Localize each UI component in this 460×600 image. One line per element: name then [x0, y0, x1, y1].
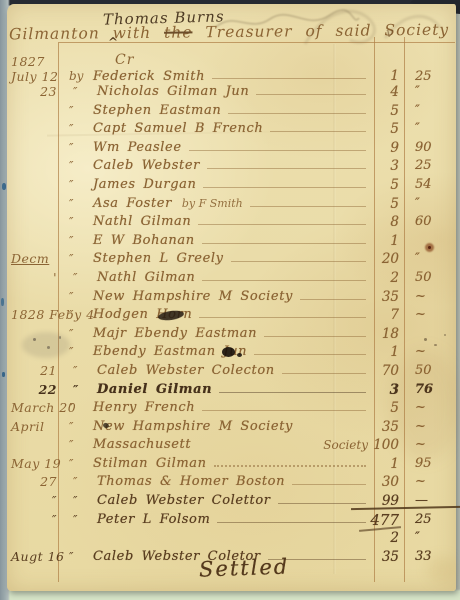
entry-name-cell: Caleb Webster Colecton: [97, 363, 374, 379]
entry-date: 1827 July 12: [7, 54, 61, 84]
ledger-row: ″Nathl Gilman860: [7, 214, 456, 233]
entry-name: Henry French: [93, 400, 195, 416]
ink-speck: [59, 336, 61, 339]
ink-speck: [434, 344, 437, 346]
entry-date: Augt 16: [7, 549, 61, 565]
entry-ditto-mark: ″: [65, 270, 97, 286]
entry-name: New Hampshire M Society: [93, 289, 293, 305]
ledger-row: ″James Durgan554: [7, 177, 456, 196]
entry-ditto-mark: ″: [61, 177, 93, 193]
entry-name-cell: Nathl Gilman: [93, 214, 374, 230]
amount-cents: 90: [404, 140, 456, 156]
amount-dollars: 2: [374, 270, 404, 286]
entry-name-cell: Nathl Gilman: [97, 270, 374, 286]
ledger-row: April″New Hampshire M Society35~: [7, 419, 456, 438]
entry-name-cell: Majr Ebendy Eastman: [93, 326, 374, 342]
ledger-row: 27″Thomas & Homer Boston30~: [7, 474, 456, 493]
entry-name: Federick Smith: [93, 69, 205, 84]
entry-name-cell: Stephen L Greely: [93, 251, 374, 267]
entry-ditto-mark: ″: [61, 103, 93, 119]
entry-dash-line: [203, 187, 366, 188]
ledger-row: 21″Caleb Webster Colecton7050: [7, 363, 456, 382]
entry-name-cell: Asa Fosterby F Smith: [93, 196, 374, 212]
entry-date: 23: [7, 84, 65, 100]
amount-cents: 25: [404, 512, 456, 528]
entry-ditto-mark: ″: [61, 456, 93, 472]
amount-cents: 50: [404, 270, 456, 286]
entry-ditto-mark: ″: [65, 382, 97, 398]
entry-date: March 20: [7, 400, 61, 416]
ledger-row: March 20″Henry French5~: [7, 400, 456, 419]
entry-ditto-mark: ″: [61, 400, 93, 416]
entry-dash-line: [254, 354, 366, 355]
ledger-row: 2″: [7, 530, 456, 549]
settled-note: Settled: [199, 554, 290, 581]
entry-name: Stephen L Greely: [93, 251, 224, 267]
entry-name: Nathl Gilman: [93, 214, 191, 230]
amount-cents: ~: [404, 474, 456, 490]
amount-cents: ″: [404, 530, 456, 546]
entry-name-cell: Federick Smith: [93, 69, 374, 84]
entry-name: Asa Foster: [93, 196, 172, 212]
entry-dash-line: [228, 113, 366, 114]
ledger-row: 22″Daniel Gilman376: [7, 382, 456, 401]
amount-dollars: 20: [374, 251, 404, 267]
entry-dash-line: [231, 261, 366, 262]
amount-cents: ″: [404, 84, 456, 100]
entry-dash-line: [189, 150, 366, 151]
entry-dash-line: [219, 392, 366, 393]
entry-dash-line: [282, 373, 366, 374]
entry-ditto-mark: ″: [61, 549, 93, 565]
entry-name-cell: Capt Samuel B French: [93, 121, 374, 137]
entry-dash-line: [217, 522, 366, 523]
entry-name: Capt Samuel B French: [93, 121, 263, 137]
entry-dash-line: [198, 224, 366, 225]
ledger-row: ″MassachusettSociety100~: [7, 437, 456, 456]
amount-dollars: 1: [374, 69, 404, 84]
ledger-row: 23″Nicholas Gilman Jun4″: [7, 84, 456, 103]
entry-dash-line: [256, 94, 366, 95]
entry-name-cell: Wm Peaslee: [93, 140, 374, 156]
entry-name-cell: Henry French: [93, 400, 374, 416]
entry-dash-line: [250, 206, 366, 207]
amount-dollars: 30: [374, 474, 404, 490]
insertion-caret: ^: [108, 35, 118, 49]
amount-dollars: 1: [374, 456, 404, 472]
entry-name: Peter L Folsom: [97, 512, 210, 528]
entry-name-cell: Stephen Eastman: [93, 103, 374, 119]
scan-fleck: [2, 372, 5, 377]
entry-name-cell: Peter L Folsom: [97, 512, 374, 528]
amount-dollars: 1: [374, 233, 404, 249]
smudge: [22, 332, 70, 358]
amount-cents: 54: [404, 177, 456, 193]
entry-ditto-mark: ″: [61, 233, 93, 249]
entry-name-cell: New Hampshire M Society: [93, 289, 374, 305]
entry-date: 27: [7, 474, 65, 490]
amount-dollars: 9: [374, 140, 404, 156]
entry-name: New Hampshire M Society: [93, 419, 293, 435]
entry-name: Caleb Webster Colettor: [97, 493, 271, 509]
entry-dash-line: [278, 503, 366, 504]
entry-ditto-mark: ″: [65, 474, 97, 490]
entry-name: Nathl Gilman: [97, 270, 195, 286]
scan-fleck: [1, 298, 4, 306]
entry-name-cell: Nicholas Gilman Jun: [97, 84, 374, 100]
stain: [427, 556, 457, 584]
check-mark: v: [386, 26, 393, 41]
ink-blot: [237, 353, 242, 357]
stain: [390, 350, 460, 460]
entry-ditto-mark: ″: [61, 437, 93, 453]
amount-cents: ~: [404, 307, 456, 323]
struck-word: the: [164, 23, 193, 41]
amount-dollars: 5: [374, 103, 404, 119]
entry-date: ″: [7, 493, 65, 509]
amount-cents: ″: [404, 121, 456, 137]
ink-speck: [33, 338, 36, 341]
amount-cents: 25: [404, 69, 456, 84]
entry-dash-line: [207, 168, 366, 169]
entry-ditto-mark: ″: [61, 251, 93, 267]
entry-name: James Durgan: [93, 177, 196, 193]
entry-dash-line: [212, 78, 366, 79]
entry-date: ': [7, 270, 65, 286]
entry-name: Stilman Gilman: [93, 456, 207, 472]
amount-dollars: 1: [374, 344, 404, 360]
entry-ditto-mark: ″: [61, 158, 93, 174]
entry-name: Massachusett: [93, 437, 191, 453]
entry-name: Daniel Gilman: [97, 382, 212, 398]
entry-name: Majr Ebendy Eastman: [93, 326, 257, 342]
entry-name: Nicholas Gilman Jun: [97, 84, 249, 100]
entry-date: April: [7, 419, 61, 435]
entry-name-cell: James Durgan: [93, 177, 374, 193]
entry-note: by F Smith: [182, 196, 243, 212]
entry-name-cell: Thomas & Homer Boston: [97, 474, 374, 490]
entry-ditto-mark: by: [61, 69, 93, 84]
entry-dotted-line: [214, 465, 366, 467]
entry-dash-line: [199, 317, 366, 318]
amount-dollars: 5: [374, 121, 404, 137]
entry-date: 1828 Feby 4: [7, 307, 61, 323]
amount-dollars: 5: [374, 177, 404, 193]
ledger-row: May 19″Stilman Gilman195: [7, 456, 456, 475]
entry-date: May 19: [7, 456, 61, 472]
amount-cents: ″: [404, 251, 456, 267]
entry-dash-line: [202, 280, 366, 281]
amount-dollars: 4: [374, 84, 404, 100]
entry-name: Stephen Eastman: [93, 103, 221, 119]
entry-name: Thomas & Homer Boston: [97, 474, 285, 490]
ledger-rows: 1827 July 12byFederick Smith12523″Nichol…: [7, 56, 456, 567]
entry-date: 22: [7, 382, 65, 398]
entry-dash-line: [300, 299, 366, 300]
header-place: Gilmanton with: [9, 24, 151, 43]
entry-dash-line: [202, 243, 366, 244]
amount-dollars: 18: [374, 326, 404, 342]
amount-cents: 60: [404, 214, 456, 230]
entry-name: E W Bohanan: [93, 233, 195, 249]
scan-fleck: [2, 183, 6, 190]
ledger-row: ″Capt Samuel B French5″: [7, 121, 456, 140]
ledger-row: '″Nathl Gilman250: [7, 270, 456, 289]
ledger-row: ″Majr Ebendy Eastman18: [7, 326, 456, 345]
entry-dash-line: [202, 410, 366, 411]
entry-name: Wm Peaslee: [93, 140, 182, 156]
entry-ditto-mark: ″: [65, 493, 97, 509]
amount-cents: ″: [404, 103, 456, 119]
amount-cents: ″: [404, 196, 456, 212]
entry-ditto-mark: ″: [61, 121, 93, 137]
header-rest: Treasurer of said Society: [205, 21, 449, 42]
amount-cents: 25: [404, 158, 456, 174]
amount-cents: ~: [404, 289, 456, 305]
ledger-row: 1827 July 12byFederick Smith125: [7, 56, 456, 84]
amount-dollars: 8: [374, 214, 404, 230]
entry-name: Caleb Webster Colecton: [97, 363, 275, 379]
entry-name: Caleb Webster: [93, 158, 200, 174]
entry-ditto-mark: ″: [65, 84, 97, 100]
ink-speck: [444, 334, 446, 336]
ledger-row: ″Stephen Eastman5″: [7, 103, 456, 122]
amount-dollars: 35: [374, 549, 404, 565]
amount-dollars: 2: [374, 530, 404, 546]
entry-ditto-mark: ″: [61, 419, 93, 435]
scanned-ledger-page: Thomas Burns Gilmanton with the Treasure…: [0, 0, 460, 600]
foxing-spot: [428, 246, 431, 249]
entry-name-cell: Caleb Webster Colettor: [97, 493, 374, 509]
ink-speck: [47, 346, 50, 349]
entry-ditto-mark: ″: [65, 363, 97, 379]
entry-ditto-mark: ″: [61, 196, 93, 212]
entry-ditto-mark: ″: [61, 289, 93, 305]
ledger-row: ″Asa Fosterby F Smith5″: [7, 196, 456, 215]
entry-ditto-mark: ″: [61, 214, 93, 230]
entry-dash-line: [292, 484, 366, 485]
entry-dash-line: [264, 336, 366, 337]
ledger-paper: Thomas Burns Gilmanton with the Treasure…: [7, 4, 456, 591]
entry-name-cell: E W Bohanan: [93, 233, 374, 249]
entry-name-cell: Caleb Webster: [93, 158, 374, 174]
entry-ditto-mark: ″: [65, 512, 97, 528]
entry-date: ″: [7, 512, 65, 528]
ledger-row: ″E W Bohanan1: [7, 233, 456, 252]
amount-dollars: 3: [374, 158, 404, 174]
amount-dollars: 35: [374, 289, 404, 305]
entry-name-right: Society: [323, 437, 368, 453]
ledger-row: ″New Hampshire M Society35~: [7, 289, 456, 308]
entry-name-cell: New Hampshire M Society: [93, 419, 374, 435]
entry-name-cell: Daniel Gilman: [97, 382, 374, 398]
entry-name-cell: Hodgen Horn: [93, 307, 374, 323]
entry-name-cell: Stilman Gilman: [93, 456, 374, 472]
entry-ditto-mark: ″: [61, 307, 93, 323]
entry-ditto-mark: ″: [61, 140, 93, 156]
ink-blot: [222, 347, 235, 357]
entry-dash-line: [270, 131, 366, 132]
ledger-row: ″Wm Peaslee990: [7, 140, 456, 159]
ledger-row: Decm″Stephen L Greely20″: [7, 251, 456, 270]
entry-date: 21: [7, 363, 65, 379]
amount-dollars: 5: [374, 196, 404, 212]
ledger-row: ″Caleb Webster325: [7, 158, 456, 177]
ledger-row: 1828 Feby 4″Hodgen Horn7~: [7, 307, 456, 326]
entry-name-cell: MassachusettSociety: [93, 437, 374, 453]
ink-speck: [424, 338, 427, 341]
amount-dollars: 7: [374, 307, 404, 323]
entry-date: Decm: [7, 251, 61, 267]
